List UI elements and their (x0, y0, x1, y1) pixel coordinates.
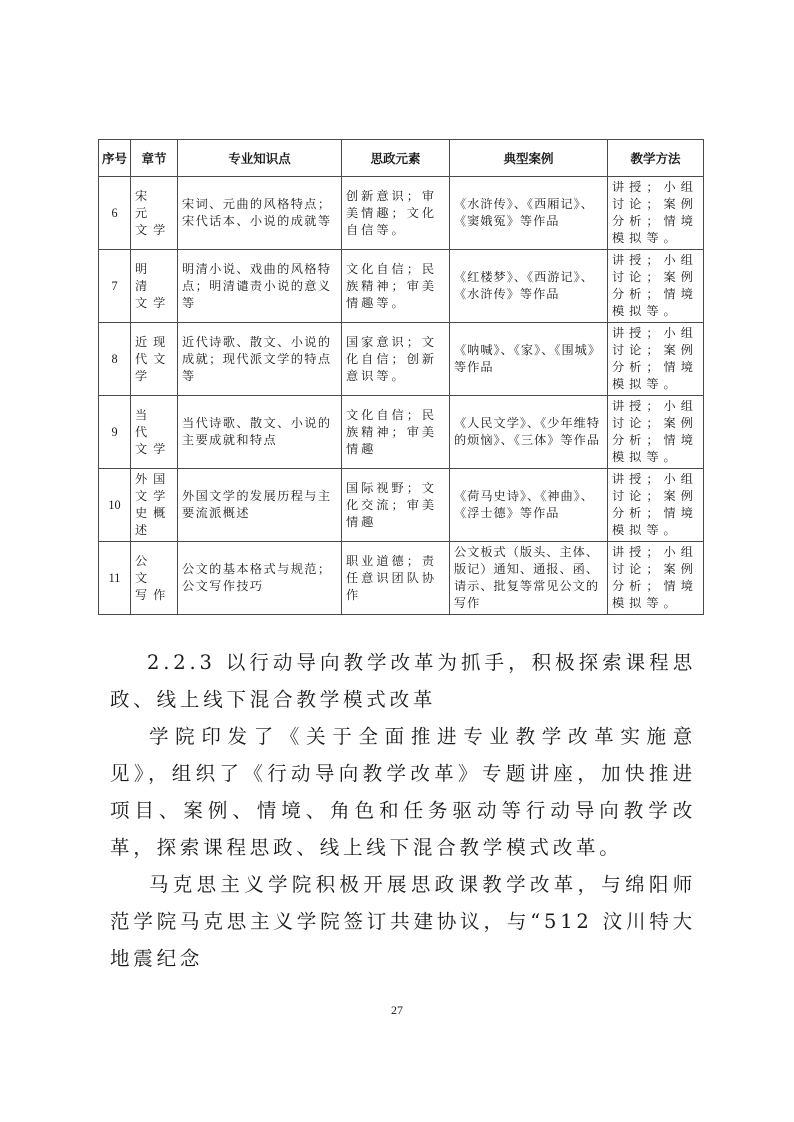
cell-cases: 《水浒传》、《西厢记》、《窦娥冤》等作品 (450, 177, 608, 250)
cell-cases: 《红楼梦》、《西游记》、《水浒传》等作品 (450, 250, 608, 323)
cell-methods: 讲授；小组讨论；案例分析；情境模拟等。 (608, 177, 704, 250)
table-header-row: 序号 章节 专业知识点 思政元素 典型案例 教学方法 (99, 140, 704, 177)
cell-chapter: 宋 元 文学 (131, 177, 178, 250)
table-row: 8 近现代文学 近代诗歌、散文、小说的成就；现代派文学的特点等 国家意识；文化自… (99, 323, 704, 396)
section-heading: 2.2.3 以行动导向教学改革为抓手，积极探索课程思政、线上线下混合教学模式改革 (110, 644, 696, 718)
page-number: 27 (0, 1003, 794, 1018)
cell-no: 10 (99, 469, 131, 542)
cell-chapter: 当 代 文学 (131, 396, 178, 469)
cell-no: 9 (99, 396, 131, 469)
cell-cases: 《呐喊》、《家》、《围城》等作品 (450, 323, 608, 396)
cell-ideology: 国家意识；文化自信；创新意识等。 (342, 323, 450, 396)
cell-methods: 讲授；小组讨论；案例分析；情境模拟等。 (608, 250, 704, 323)
document-page: 序号 章节 专业知识点 思政元素 典型案例 教学方法 6 宋 元 文学 宋词、元… (0, 0, 794, 1122)
cell-ideology: 创新意识；审美情趣；文化自信等。 (342, 177, 450, 250)
header-knowledge: 专业知识点 (178, 140, 342, 177)
table-row: 6 宋 元 文学 宋词、元曲的风格特点；宋代话本、小说的成就等 创新意识；审美情… (99, 177, 704, 250)
table-row: 7 明 清 文学 明清小说、戏曲的风格特点；明清谴责小说的意义等 文化自信；民族… (99, 250, 704, 323)
cell-no: 6 (99, 177, 131, 250)
header-ideology: 思政元素 (342, 140, 450, 177)
cell-knowledge: 近代诗歌、散文、小说的成就；现代派文学的特点等 (178, 323, 342, 396)
paragraph: 马克思主义学院积极开展思政课教学改革，与绵阳师范学院马克思主义学院签订共建协议，… (110, 866, 696, 977)
cell-methods: 讲授；小组讨论；案例分析；情境模拟等。 (608, 396, 704, 469)
header-chapter: 章节 (131, 140, 178, 177)
cell-knowledge: 宋词、元曲的风格特点；宋代话本、小说的成就等 (178, 177, 342, 250)
course-ideology-table: 序号 章节 专业知识点 思政元素 典型案例 教学方法 6 宋 元 文学 宋词、元… (98, 139, 704, 615)
cell-chapter: 明 清 文学 (131, 250, 178, 323)
header-no: 序号 (99, 140, 131, 177)
cell-no: 8 (99, 323, 131, 396)
table-row: 9 当 代 文学 当代诗歌、散文、小说的主要成就和特点 文化自信；民族精神；审美… (99, 396, 704, 469)
cell-knowledge: 明清小说、戏曲的风格特点；明清谴责小说的意义等 (178, 250, 342, 323)
cell-ideology: 国际视野；文化交流；审美情趣 (342, 469, 450, 542)
cell-cases: 《人民文学》、《少年维特的烦恼》、《三体》等作品 (450, 396, 608, 469)
cell-cases: 《荷马史诗》、《神曲》、《浮士德》等作品 (450, 469, 608, 542)
cell-chapter: 外国文学史概述 (131, 469, 178, 542)
table-row: 11 公 文 写作 公文的基本格式与规范；公文写作技巧 职业道德；责任意识团队协… (99, 542, 704, 615)
header-methods: 教学方法 (608, 140, 704, 177)
cell-knowledge: 外国文学的发展历程与主要流派概述 (178, 469, 342, 542)
cell-chapter: 近现代文学 (131, 323, 178, 396)
cell-no: 11 (99, 542, 131, 615)
section-body: 2.2.3 以行动导向教学改革为抓手，积极探索课程思政、线上线下混合教学模式改革… (110, 644, 696, 977)
cell-chapter: 公 文 写作 (131, 542, 178, 615)
cell-knowledge: 当代诗歌、散文、小说的主要成就和特点 (178, 396, 342, 469)
header-cases: 典型案例 (450, 140, 608, 177)
cell-methods: 讲授；小组讨论；案例分析；情境模拟等。 (608, 542, 704, 615)
cell-ideology: 文化自信；民族精神；审美情趣 (342, 396, 450, 469)
cell-knowledge: 公文的基本格式与规范；公文写作技巧 (178, 542, 342, 615)
paragraph: 学院印发了《关于全面推进专业教学改革实施意见》，组织了《行动导向教学改革》专题讲… (110, 718, 696, 866)
cell-ideology: 文化自信；民族精神；审美情趣等。 (342, 250, 450, 323)
cell-cases: 公文板式（版头、主体、版记）通知、通报、函、请示、批复等常见公文的写作 (450, 542, 608, 615)
cell-ideology: 职业道德；责任意识团队协作 (342, 542, 450, 615)
table-row: 10 外国文学史概述 外国文学的发展历程与主要流派概述 国际视野；文化交流；审美… (99, 469, 704, 542)
cell-no: 7 (99, 250, 131, 323)
cell-methods: 讲授；小组讨论；案例分析；情境模拟等。 (608, 323, 704, 396)
cell-methods: 讲授；小组讨论；案例分析；情境模拟等。 (608, 469, 704, 542)
